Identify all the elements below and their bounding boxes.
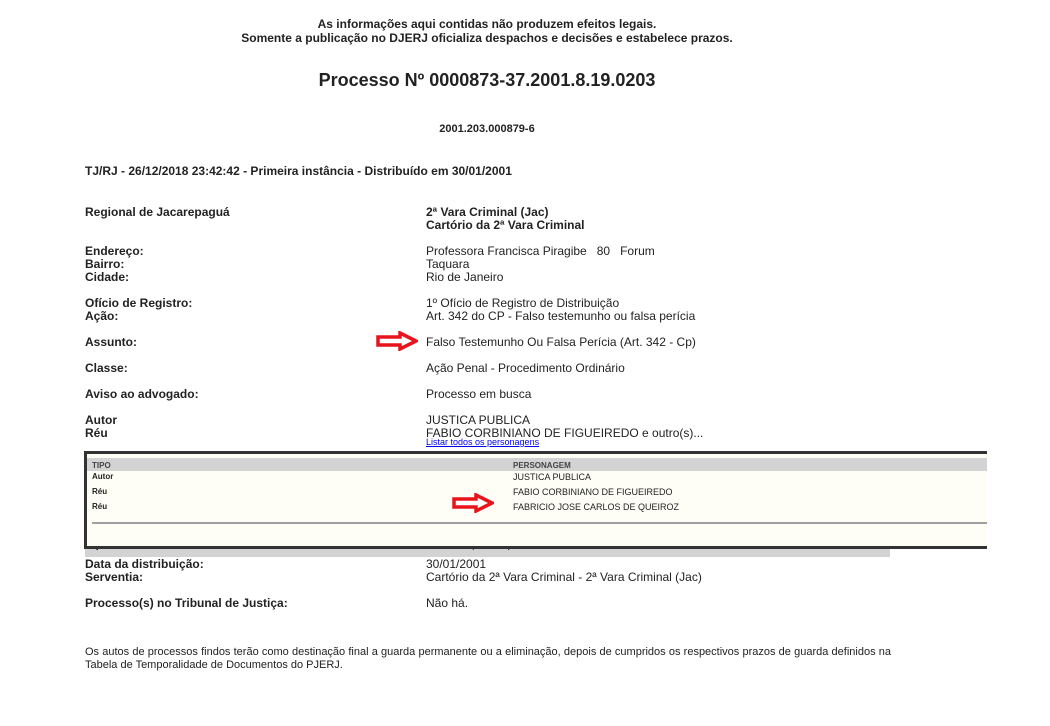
acao-label: Ação:	[85, 310, 118, 323]
row-tipo: Réu	[92, 502, 107, 511]
row-personagem: FABRICIO JOSE CARLOS DE QUEIROZ	[513, 502, 679, 512]
serventia-label: Serventia:	[85, 571, 143, 584]
table-row: Autor JUSTICA PUBLICA	[87, 472, 987, 486]
row-tipo: Réu	[92, 487, 107, 496]
right-arrow-icon	[452, 493, 494, 513]
regional-label: Regional de Jacarepaguá	[85, 206, 230, 219]
process-meta: TJ/RJ - 26/12/2018 23:42:42 - Primeira i…	[85, 164, 512, 178]
col-personagem-header: PERSONAGEM	[513, 461, 571, 470]
page-title: Processo Nº 0000873-37.2001.8.19.0203	[0, 70, 974, 91]
list-personagens-link[interactable]: Listar todos os personagens	[426, 437, 539, 447]
aviso-label: Aviso ao advogado:	[85, 388, 199, 401]
classe-label: Classe:	[85, 362, 128, 375]
table-row: Réu FABRICIO JOSE CARLOS DE QUEIROZ	[87, 502, 987, 516]
popup-divider	[92, 522, 987, 524]
personagens-popup: TIPO PERSONAGEM Autor JUSTICA PUBLICA Ré…	[84, 451, 987, 549]
cidade-value: Rio de Janeiro	[426, 271, 503, 284]
acao-value: Art. 342 do CP - Falso testemunho ou fal…	[426, 310, 695, 323]
col-tipo-header: TIPO	[92, 461, 111, 470]
classe-value: Ação Penal - Procedimento Ordinário	[426, 362, 625, 375]
legal-notice-line-2: Somente a publicação no DJERJ oficializa…	[0, 31, 974, 45]
tribunal-value: Não há.	[426, 597, 468, 610]
old-process-number: 2001.203.000879-6	[0, 123, 974, 135]
right-arrow-icon	[376, 331, 418, 351]
table-row: Réu FABIO CORBINIANO DE FIGUEIREDO	[87, 487, 987, 501]
tribunal-label: Processo(s) no Tribunal de Justiça:	[85, 597, 288, 610]
cartorio-value: Cartório da 2ª Vara Criminal	[426, 219, 585, 232]
personagens-table-header: TIPO PERSONAGEM	[87, 458, 987, 471]
serventia-value: Cartório da 2ª Vara Criminal - 2ª Vara C…	[426, 571, 702, 584]
aviso-value: Processo em busca	[426, 388, 531, 401]
legal-notice: As informações aqui contidas não produze…	[0, 17, 974, 45]
assunto-value: Falso Testemunho Ou Falsa Perícia (Art. …	[426, 336, 696, 349]
row-personagem: JUSTICA PUBLICA	[513, 472, 591, 482]
cidade-label: Cidade:	[85, 271, 129, 284]
assunto-label: Assunto:	[85, 336, 137, 349]
reu-label: Réu	[85, 427, 108, 440]
legal-notice-line-1: As informações aqui contidas não produze…	[0, 17, 974, 31]
row-personagem: FABIO CORBINIANO DE FIGUEIREDO	[513, 487, 673, 497]
row-tipo: Autor	[92, 472, 113, 481]
footer-notice: Os autos de processos findos terão como …	[85, 646, 891, 672]
